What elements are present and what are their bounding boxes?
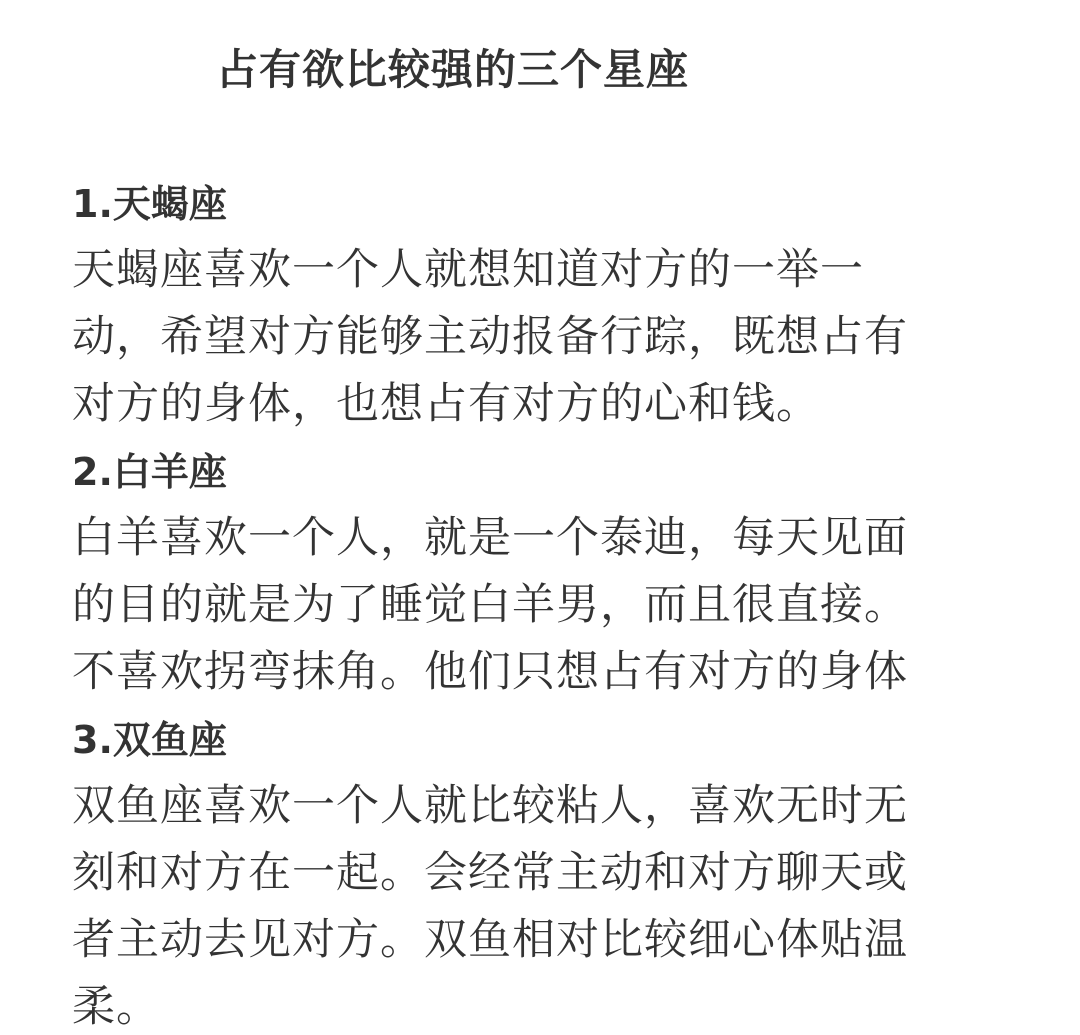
section-heading-scorpio: 1.天蝎座	[72, 176, 227, 232]
body-line: 白羊喜欢一个人，就是一个泰迪，每天见面	[72, 508, 908, 568]
body-line: 对方的身体，也想占有对方的心和钱。	[72, 374, 820, 434]
body-line: 天蝎座喜欢一个人就想知道对方的一举一	[72, 240, 864, 300]
body-line: 动，希望对方能够主动报备行踪，既想占有	[72, 307, 908, 367]
body-line: 不喜欢拐弯抹角。他们只想占有对方的身体	[72, 642, 908, 702]
section-heading-aries: 2.白羊座	[72, 444, 227, 500]
body-line: 者主动去见对方。双鱼相对比较细心体贴温	[72, 910, 908, 970]
body-line: 双鱼座喜欢一个人就比较粘人，喜欢无时无	[72, 776, 908, 836]
body-line: 的目的就是为了睡觉白羊男，而且很直接。	[72, 575, 908, 635]
body-line: 刻和对方在一起。会经常主动和对方聊天或	[72, 843, 908, 903]
page-title: 占有欲比较强的三个星座	[216, 40, 756, 100]
body-line: 柔。	[72, 977, 160, 1035]
section-heading-pisces: 3.双鱼座	[72, 712, 227, 768]
